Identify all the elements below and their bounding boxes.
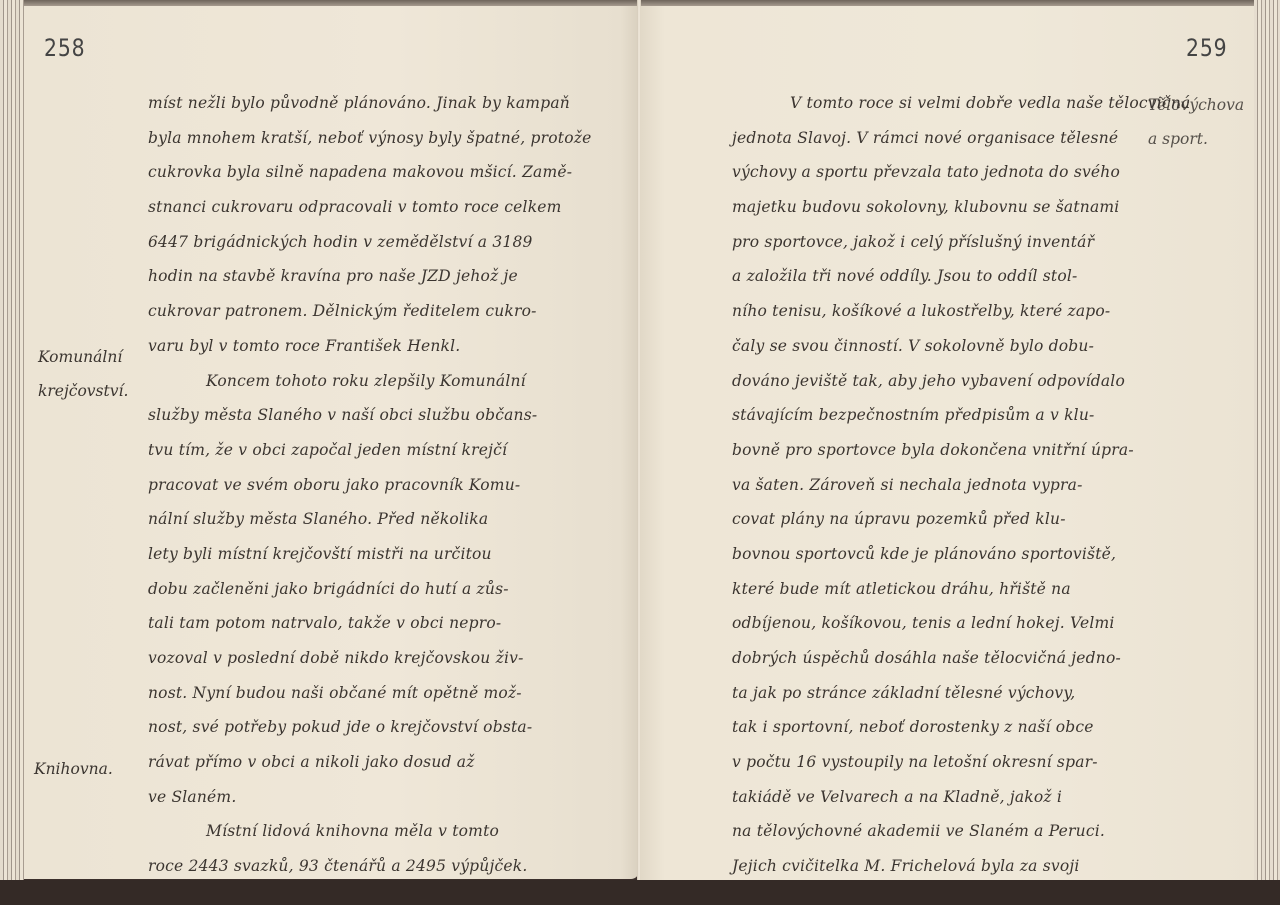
text-line: stávajícím bezpečnostním předpisům a v k…	[732, 398, 1152, 433]
text-line: v počtu 16 vystoupily na letošní okresní…	[732, 745, 1152, 780]
text-line: pro sportovce, jakož i celý příslušný in…	[732, 225, 1152, 260]
margin-note-komunalni-krejcovstvi: Komunální krejčovství.	[38, 340, 128, 408]
text-line: bovnou sportovců kde je plánováno sporto…	[732, 537, 1152, 572]
text-line: Jejich cvičitelka M. Frichelová byla za …	[732, 849, 1152, 884]
page-number: 258	[44, 34, 85, 62]
text-line: výchovy a sportu převzala tato jednota d…	[732, 155, 1152, 190]
margin-note-knihovna: Knihovna.	[34, 752, 113, 786]
text-line: hodin na stavbě kravína pro naše JZD jeh…	[148, 259, 588, 294]
text-line: tak i sportovní, neboť dorostenky z naší…	[732, 710, 1152, 745]
text-line: služby města Slaného v naší obci službu …	[148, 398, 588, 433]
text-line: ve Slaném.	[148, 780, 588, 815]
text-line: nost, své potřeby pokud jde o krejčovstv…	[148, 710, 588, 745]
text-line: cukrovka byla silně napadena makovou mši…	[148, 155, 588, 190]
text-line: a založila tři nové oddíly. Jsou to oddí…	[732, 259, 1152, 294]
text-line: ta jak po stránce základní tělesné výcho…	[732, 676, 1152, 711]
margin-note-line: Knihovna.	[34, 752, 113, 786]
page-stack-right-edge	[1254, 0, 1280, 885]
left-page-text: míst nežli bylo původně plánováno. Jinak…	[148, 86, 588, 884]
text-line: va šaten. Zároveň si nechala jednota vyp…	[732, 468, 1152, 503]
page-stack-left-edge	[0, 0, 24, 880]
bottom-table-shadow	[0, 880, 1280, 905]
text-line: čaly se svou činností. V sokolovně bylo …	[732, 329, 1152, 364]
text-line: rávat přímo v obci a nikoli jako dosud a…	[148, 745, 588, 780]
book-scan: 258 Komunální krejčovství. Knihovna. mís…	[0, 0, 1280, 905]
text-line-paragraph-start: Místní lidová knihovna měla v tomto	[148, 814, 588, 849]
margin-note-line: Komunální	[38, 340, 128, 374]
text-line: covat plány na úpravu pozemků před klu-	[732, 502, 1152, 537]
text-line: odbíjenou, košíkovou, tenis a lední hoke…	[732, 606, 1152, 641]
text-line: tali tam potom natrvalo, takže v obci ne…	[148, 606, 588, 641]
text-line: dováno jeviště tak, aby jeho vybavení od…	[732, 364, 1152, 399]
text-line: lety byli místní krejčovští mistři na ur…	[148, 537, 588, 572]
right-page-text: V tomto roce si velmi dobře vedla naše t…	[732, 86, 1152, 884]
text-line: majetku budovu sokolovny, klubovnu se ša…	[732, 190, 1152, 225]
text-line: cukrovar patronem. Dělnickým ředitelem c…	[148, 294, 588, 329]
text-line: takiádě ve Velvarech a na Kladně, jakož …	[732, 780, 1152, 815]
text-line: bovně pro sportovce byla dokončena vnitř…	[732, 433, 1152, 468]
text-line-paragraph-start: V tomto roce si velmi dobře vedla naše t…	[732, 86, 1152, 121]
text-line: ního tenisu, košíkové a lukostřelby, kte…	[732, 294, 1152, 329]
text-line: které bude mít atletickou dráhu, hřiště …	[732, 572, 1152, 607]
text-line: dobu začleněni jako brigádníci do hutí a…	[148, 572, 588, 607]
text-line: stnanci cukrovaru odpracovali v tomto ro…	[148, 190, 588, 225]
text-line: na tělovýchovné akademii ve Slaném a Per…	[732, 814, 1152, 849]
right-page: 259 Tělovýchova a sport. V tomto roce si…	[640, 6, 1254, 884]
left-page: 258 Komunální krejčovství. Knihovna. mís…	[24, 6, 639, 879]
page-number: 259	[1186, 34, 1227, 62]
text-line: varu byl v tomto roce František Henkl.	[148, 329, 588, 364]
text-line: nost. Nyní budou naši občané mít opětně …	[148, 676, 588, 711]
text-line: míst nežli bylo původně plánováno. Jinak…	[148, 86, 588, 121]
text-line: jednota Slavoj. V rámci nové organisace …	[732, 121, 1152, 156]
text-line: roce 2443 svazků, 93 čtenářů a 2495 výpů…	[148, 849, 588, 884]
text-line-paragraph-start: Koncem tohoto roku zlepšily Komunální	[148, 364, 588, 399]
text-line: tvu tím, že v obci započal jeden místní …	[148, 433, 588, 468]
text-line: pracovat ve svém oboru jako pracovník Ko…	[148, 468, 588, 503]
text-line: byla mnohem kratší, neboť výnosy byly šp…	[148, 121, 588, 156]
text-line: vozoval v poslední době nikdo krejčovsko…	[148, 641, 588, 676]
margin-note-line: a sport.	[1148, 122, 1244, 156]
text-line: dobrých úspěchů dosáhla naše tělocvičná …	[732, 641, 1152, 676]
text-line: nální služby města Slaného. Před několik…	[148, 502, 588, 537]
text-line: 6447 brigádnických hodin v zemědělství a…	[148, 225, 588, 260]
margin-note-line: krejčovství.	[38, 374, 128, 408]
